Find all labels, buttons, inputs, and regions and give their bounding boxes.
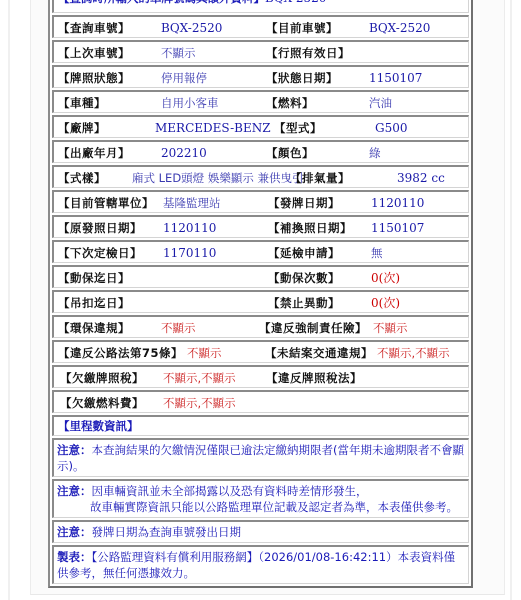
label-unpaid-license-tax: 【欠繳牌照稅】 [60,368,144,388]
value-jurisdiction: 基隆監理站 [163,193,221,213]
left-edge-strip [8,0,10,600]
row-query-plate: 【查詢車號】 BQX-2520 【目前車號】 BQX-2520 [52,15,469,38]
value-transfer-prohibited: 0(次) [371,293,400,313]
value-highway-law-75: 不顯示 [187,343,222,363]
label-reissue-date: 【補換照日期】 [268,218,352,238]
value-fuel: 汽油 [369,93,392,113]
mileage-info-title: 【里程數資訊】 [58,417,139,435]
value-color: 綠 [369,143,381,163]
label-suspension-end: 【吊扣迄日】 [58,293,130,313]
right-edge-strip [510,0,512,600]
row-jurisdiction: 【目前管轄單位】 基隆監理站 【發牌日期】 1120110 [52,190,469,213]
note-text-line2: 故車輛實際資訊只能以公路監理單位記載及認定者為準，本表僅供參考。 [57,499,465,515]
value-reissue-date: 1150107 [371,218,424,238]
note-key: 製表： [57,550,92,564]
label-env-violation: 【環保違規】 [58,318,130,338]
label-query-plate: 【查詢車號】 [58,18,130,38]
value-next-inspection: 1170110 [163,243,216,263]
row-next-inspection: 【下次定檢日】 1170110 【延檢申請】 無 [52,240,469,263]
value-query-plate: BQX-2520 [161,18,222,38]
row-license-tax: 【欠繳牌照稅】 不顯示,不顯示 【違反牌照稅法】 [52,365,469,388]
value-inspection-extension: 無 [371,243,383,263]
value-insurance-violation: 不顯示 [373,318,408,338]
note-disclaimer: 注意：因車輛資訊並未全部揭露以及恐有資料時差情形發生， 故車輛實際資訊只能以公路… [52,479,469,518]
label-jurisdiction: 【目前管轄單位】 [58,193,154,213]
row-manufacture-date: 【出廠年月】 202210 【顏色】 綠 [52,140,469,163]
label-vehicle-type: 【車種】 [58,93,106,113]
row-mileage-info: 【里程數資訊】 [52,415,469,436]
label-current-plate: 【目前車號】 [266,18,338,38]
vehicle-info-table: 【查詢時所輸入的車牌號碼與額外資料】BQX-2520 【查詢車號】 BQX-25… [48,0,473,588]
row-brand: 【廠牌】 MERCEDES-BENZ 【型式】 G500 [52,115,469,138]
row-plate-status: 【牌照狀態】 停用報停 【狀態日期】 1150107 [52,65,469,88]
label-plate-status: 【牌照狀態】 [58,68,130,88]
label-plate-issue-date: 【發牌日期】 [268,193,340,213]
row-env-violation: 【環保違規】 不顯示 【違反強制責任險】 不顯示 [52,315,469,338]
note-text: 本查詢結果的欠繳情況僅限已逾法定繳納期限者(當年期未逾期限者不會顯示)。 [57,443,464,473]
value-current-plate: BQX-2520 [369,18,430,38]
query-header: 【查詢時所輸入的車牌號碼與額外資料】BQX-2520 [58,0,326,7]
label-manufacture-date: 【出廠年月】 [58,143,130,163]
value-body-style: 廂式 LED頭燈 娛樂顯示 兼供曳引 [132,168,304,188]
label-highway-law-75: 【違反公路法第75條】 [58,343,183,363]
row-vehicle-type: 【車種】 自用小客車 【燃料】 汽油 [52,90,469,113]
label-chattel-mortgage-end: 【動保迄日】 [58,268,130,288]
label-displacement: 【排氣量】 [290,168,350,188]
value-unpaid-license-tax: 不顯示,不顯示 [163,368,236,388]
label-brand: 【廠牌】 [58,118,106,138]
row-body-style: 【式樣】 廂式 LED頭燈 娛樂顯示 兼供曳引 【排氣量】 3982 cc [52,165,469,188]
row-chattel-mortgage: 【動保迄日】 【動保次數】 0(次) [52,265,469,288]
label-status-date: 【狀態日期】 [266,68,338,88]
value-model: G500 [375,118,408,138]
label-unsettled-traffic-violation: 【未結案交通違規】 [265,343,373,363]
value-plate-issue-date: 1120110 [371,193,424,213]
value-unpaid-fuel-fee: 不顯示,不顯示 [163,393,236,413]
note-key: 注意： [57,484,92,498]
query-header-row: 【查詢時所輸入的車牌號碼與額外資料】BQX-2520 [52,0,469,13]
note-text: 【公路監理資料有償利用服務網】（2026/01/08-16:42:11）本表資料… [57,550,455,580]
value-manufacture-date: 202210 [161,143,207,163]
label-color: 【顏色】 [266,143,314,163]
row-fuel-fee: 【欠繳燃料費】 不顯示,不顯示 [52,390,469,413]
note-unpaid-scope: 注意：本查詢結果的欠繳情況僅限已逾法定繳納期限者(當年期未逾期限者不會顯示)。 [52,438,469,477]
query-header-plate: BQX-2520 [265,0,326,5]
note-key: 注意： [57,525,92,539]
value-previous-plate: 不顯示 [161,43,196,63]
label-model: 【型式】 [274,118,322,138]
label-license-valid-date: 【行照有效日】 [266,43,350,63]
value-chattel-mortgage-count: 0(次) [371,268,400,288]
value-unsettled-traffic-violation: 不顯示,不顯示 [377,343,450,363]
row-suspension: 【吊扣迄日】 【禁止異動】 0(次) [52,290,469,313]
label-fuel: 【燃料】 [266,93,314,113]
label-next-inspection: 【下次定檢日】 [58,243,142,263]
label-chattel-mortgage-count: 【動保次數】 [268,268,340,288]
value-vehicle-type: 自用小客車 [161,93,219,113]
value-env-violation: 不顯示 [161,318,196,338]
label-body-style: 【式樣】 [58,168,106,188]
note-generated-by: 製表：【公路監理資料有償利用服務網】（2026/01/08-16:42:11）本… [52,545,469,584]
label-previous-plate: 【上次車號】 [58,43,130,63]
note-text: 發牌日期為查詢車號發出日期 [92,525,242,539]
label-license-tax-violation: 【違反牌照稅法】 [266,368,362,388]
row-highway-law-violation: 【違反公路法第75條】 不顯示 【未結案交通違規】 不顯示,不顯示 [52,340,469,363]
value-displacement: 3982 cc [397,168,445,188]
row-previous-plate: 【上次車號】 不顯示 【行照有效日】 [52,40,469,63]
query-header-title: 【查詢時所輸入的車牌號碼與額外資料】 [58,0,265,5]
value-brand: MERCEDES-BENZ [155,118,271,138]
label-transfer-prohibited: 【禁止異動】 [268,293,340,313]
value-original-license-date: 1120110 [163,218,216,238]
label-original-license-date: 【原發照日期】 [58,218,142,238]
note-key: 注意： [57,443,92,457]
value-status-date: 1150107 [369,68,422,88]
note-plate-issue-date: 注意：發牌日期為查詢車號發出日期 [52,520,469,543]
label-insurance-violation: 【違反強制責任險】 [259,318,367,338]
note-text-line1: 因車輛資訊並未全部揭露以及恐有資料時差情形發生， [92,484,368,498]
value-plate-status: 停用報停 [161,68,207,88]
label-inspection-extension: 【延檢申請】 [268,243,340,263]
row-original-license-date: 【原發照日期】 1120110 【補換照日期】 1150107 [52,215,469,238]
label-unpaid-fuel-fee: 【欠繳燃料費】 [60,393,144,413]
